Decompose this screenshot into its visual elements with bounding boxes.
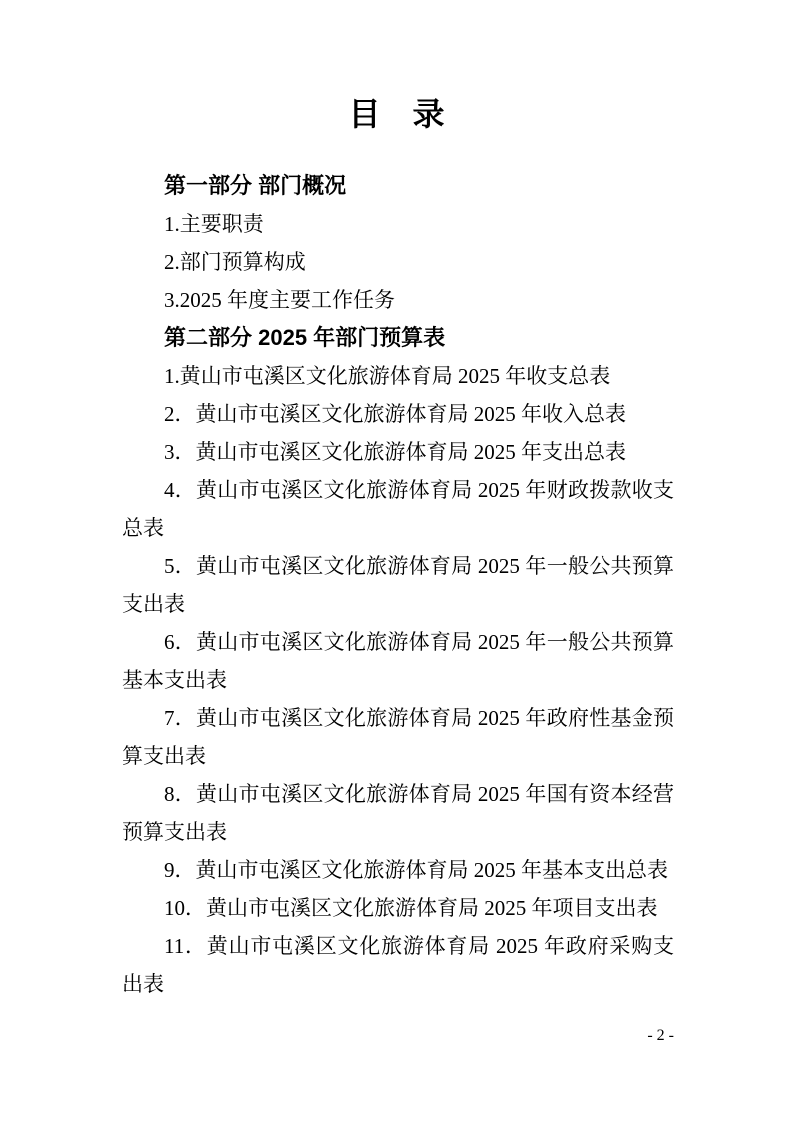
toc-item-line: 8．黄山市屯溪区文化旅游体育局 2025 年国有资本经营: [122, 775, 674, 813]
toc-item-continuation: 预算支出表: [122, 813, 674, 851]
toc-item-line: 4．黄山市屯溪区文化旅游体育局 2025 年财政拨款收支: [122, 471, 674, 509]
toc-item-line: 5．黄山市屯溪区文化旅游体育局 2025 年一般公共预算: [122, 547, 674, 585]
toc-item: 3.2025 年度主要工作任务: [122, 281, 674, 319]
toc-item-continuation: 出表: [122, 965, 674, 1003]
toc-item: 2.部门预算构成: [122, 243, 674, 281]
toc-item: 10．黄山市屯溪区文化旅游体育局 2025 年项目支出表: [122, 889, 674, 927]
toc-item-continuation: 支出表: [122, 585, 674, 623]
toc-item: 2．黄山市屯溪区文化旅游体育局 2025 年收入总表: [122, 395, 674, 433]
section-heading-part2: 第二部分 2025 年部门预算表: [122, 319, 674, 357]
table-of-contents: 第一部分 部门概况 1.主要职责 2.部门预算构成 3.2025 年度主要工作任…: [122, 167, 674, 1003]
toc-item: 1.主要职责: [122, 205, 674, 243]
toc-item: 1.黄山市屯溪区文化旅游体育局 2025 年收支总表: [122, 357, 674, 395]
toc-item: 3．黄山市屯溪区文化旅游体育局 2025 年支出总表: [122, 433, 674, 471]
toc-item-continuation: 总表: [122, 509, 674, 547]
toc-item-continuation: 算支出表: [122, 737, 674, 775]
toc-item: 9．黄山市屯溪区文化旅游体育局 2025 年基本支出总表: [122, 851, 674, 889]
toc-item-line: 11．黄山市屯溪区文化旅游体育局 2025 年政府采购支: [122, 927, 674, 965]
toc-item-line: 7．黄山市屯溪区文化旅游体育局 2025 年政府性基金预: [122, 699, 674, 737]
document-page: 目 录 第一部分 部门概况 1.主要职责 2.部门预算构成 3.2025 年度主…: [0, 0, 793, 1122]
page-number: - 2 -: [122, 1026, 674, 1046]
toc-item-line: 6．黄山市屯溪区文化旅游体育局 2025 年一般公共预算: [122, 623, 674, 661]
toc-item-continuation: 基本支出表: [122, 661, 674, 699]
section-heading-part1: 第一部分 部门概况: [122, 167, 674, 205]
page-title: 目 录: [0, 94, 793, 134]
